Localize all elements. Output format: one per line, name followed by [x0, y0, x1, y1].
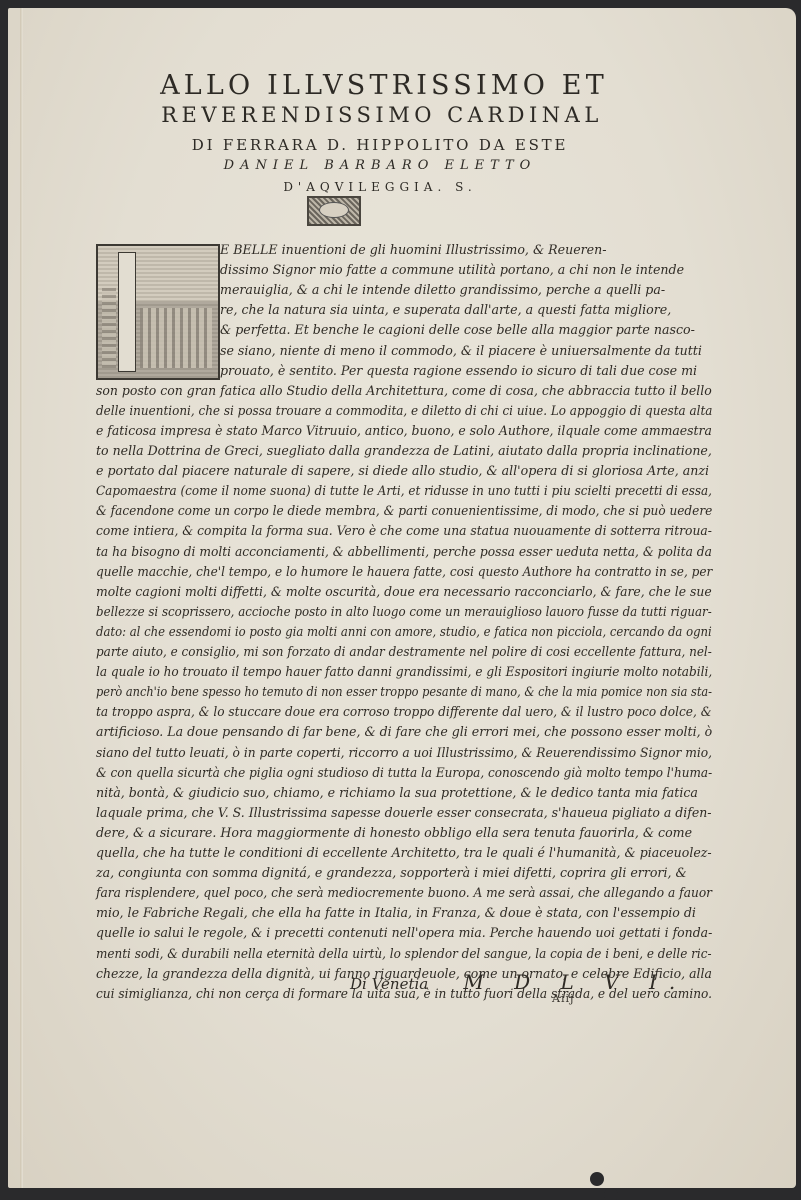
text-line: come intiera, & compita la forma sua. Ve… — [96, 521, 698, 541]
text-line: siano del tutto leuati, ò in parte coper… — [96, 743, 695, 763]
heading-line-3: DI FERRARA D. HIPPOLITO DA ESTE — [0, 136, 774, 154]
text-line: dere, & a sicurare. Hora maggiormente di… — [96, 823, 712, 843]
text-line: laquale prima, che V. S. Illustrissima s… — [96, 803, 707, 823]
text-line: la quale io ho trouato il tempo hauer fa… — [96, 662, 688, 682]
text-line: se siano, niente di meno il commodo, & i… — [220, 341, 712, 361]
text-line: quelle io salui le regole, & i precetti … — [96, 923, 705, 943]
text-line: & perfetta. Et benche le cagioni delle c… — [220, 320, 712, 340]
text-line: bellezze si scoprissero, accioche posto … — [96, 602, 674, 622]
text-line: nità, bontà, & giudicio suo, chiamo, e r… — [96, 783, 712, 803]
text-line: ta troppo aspra, & lo stuccare doue era … — [96, 702, 690, 722]
text-line: dissimo Signor mio fatte a commune utili… — [220, 260, 712, 280]
text-line: menti sodi, & durabili nella eternità de… — [96, 944, 683, 964]
text-line: quelle macchie, che'l tempo, e lo humore… — [96, 562, 687, 582]
heading-line-2: REVERENDISSIMO CARDINAL — [0, 103, 776, 127]
woodcut-city-illustration — [102, 288, 116, 368]
initial-l-glyph — [118, 252, 136, 372]
text-line: E BELLE inuentioni de gli huomini Illust… — [220, 240, 712, 260]
woodcut-city-illustration — [140, 308, 212, 368]
page-damage — [590, 1172, 604, 1186]
text-line: mio, le Fabriche Regali, che ella ha fat… — [96, 903, 712, 923]
text-line: molte cagioni molti diffetti, & molte os… — [96, 582, 702, 602]
text-line: e faticosa impresa è stato Marco Vitruui… — [96, 421, 703, 441]
text-line: za, congiunta con somma dignitá, e grand… — [96, 863, 712, 883]
closing-year: M D L V I. — [463, 970, 687, 994]
text-line: to nella Dottrina de Greci, suegliato da… — [96, 441, 710, 461]
text-line: artificioso. La doue pensando di far ben… — [96, 722, 710, 742]
heading-line-1: ALLO ILLVSTRISSIMO ET — [0, 70, 778, 101]
text-line: merauiglia, & a chi le intende diletto g… — [220, 280, 712, 300]
text-line: delle inuentioni, che si possa trouare a… — [96, 401, 682, 421]
text-line: & con quella sicurtà che piglia ogni stu… — [96, 763, 685, 783]
text-line: prouato, è sentito. Per questa ragione e… — [220, 361, 712, 381]
text-line: ta ha bisogno di molti acconciamenti, & … — [96, 542, 695, 562]
text-line: re, che la natura sia uinta, e superata … — [220, 300, 712, 320]
text-line: parte aiuto, e consiglio, mi son forzato… — [96, 642, 682, 662]
page-damage — [604, 1188, 618, 1200]
signature-mark: Aiij — [552, 992, 574, 1005]
closing-place: Di Venetia — [350, 975, 428, 993]
woodcut-initial-letter — [96, 244, 220, 380]
text-line: però anch'io bene spesso ho temuto di no… — [96, 682, 652, 702]
text-line: fara risplendere, quel poco, che serà me… — [96, 883, 693, 903]
text-line: e portato dal piacere naturale di sapere… — [96, 461, 712, 481]
text-line: & facendone come un corpo le diede membr… — [96, 501, 688, 521]
ornament-icon — [307, 196, 361, 226]
heading-line-5: D'AQVILEGGIA. S. — [0, 180, 774, 194]
heading-line-4: DANIEL BARBARO ELETTO — [0, 158, 774, 173]
closing-line: Di Venetia M D L V I. — [350, 970, 687, 994]
text-line: quella, che ha tutte le conditioni di ec… — [96, 843, 710, 863]
text-line: son posto con gran fatica allo Studio de… — [96, 381, 706, 401]
text-line: Capomaestra (come il nome suona) di tutt… — [96, 481, 682, 501]
text-line: dato: al che essendomi io posto gia molt… — [96, 622, 666, 642]
